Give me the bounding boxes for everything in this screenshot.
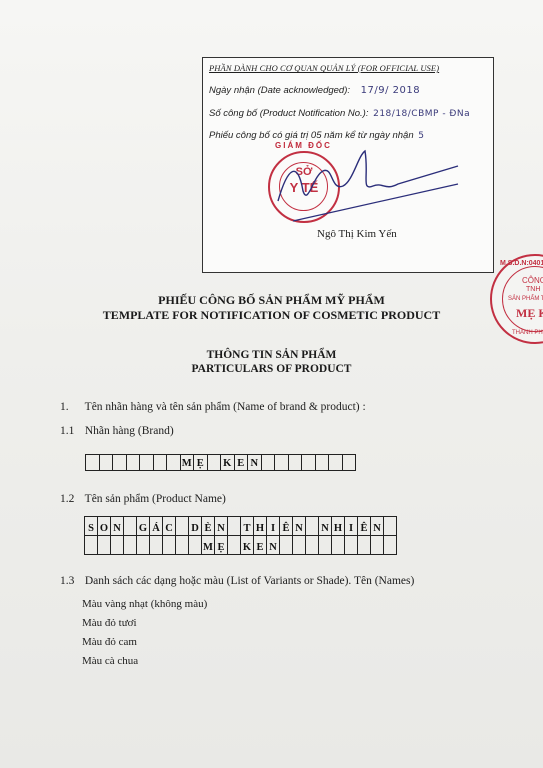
letter-cell: M (202, 536, 215, 555)
variants-number: 1.3 (60, 575, 82, 587)
letter-cell: Á (150, 517, 163, 536)
director-title: GIÁM ĐỐC (275, 141, 332, 150)
letter-cell (98, 536, 111, 555)
letter-cell (208, 455, 222, 471)
official-use-box: PHẦN DÀNH CHO CƠ QUAN QUẢN LÝ (FOR OFFIC… (202, 57, 494, 273)
validity-row: Phiếu công bố có giá trị 05 năm kể từ ng… (209, 130, 424, 141)
letter-cell (228, 517, 241, 536)
date-acknowledged-label: Ngày nhận (Date acknowledged): (209, 85, 350, 96)
stamp-line2: Y TẾ (270, 180, 338, 195)
letter-cell (384, 536, 397, 555)
letter-cell: N (371, 517, 384, 536)
product-name-letter-grid: SONGÁCDÈNTHIÊNNHIÊNMẸKEN (84, 516, 397, 555)
letter-cell (137, 536, 150, 555)
letter-cell: D (189, 517, 202, 536)
letter-cell: E (254, 536, 267, 555)
signer-name: Ngô Thị Kim Yến (317, 228, 397, 240)
date-acknowledged-value: 17/9/ 2018 (361, 85, 420, 96)
letter-cell (384, 517, 397, 536)
variants-label: Danh sách các dạng hoặc màu (List of Var… (85, 575, 414, 587)
letter-cell (329, 455, 343, 471)
variants-heading: 1.3 Danh sách các dạng hoặc màu (List of… (60, 575, 414, 587)
company-stamp-line6: THÀNH PHỐ (512, 330, 543, 336)
letter-cell (316, 455, 330, 471)
letter-cell: N (267, 536, 280, 555)
document-title-vi: PHIẾU CÔNG BỐ SẢN PHẨM MỸ PHẨM (0, 293, 543, 308)
brand-letter-grid: MẸKEN (85, 454, 356, 471)
notification-number-label: Số công bố (Product Notification No.): (209, 108, 368, 119)
letter-cell (124, 517, 137, 536)
variant-item: Màu đỏ tươi (82, 617, 137, 629)
variant-item: Màu cà chua (82, 655, 138, 667)
product-name-heading: 1.2 Tên sản phẩm (Product Name) (60, 493, 226, 505)
letter-cell: K (241, 536, 254, 555)
letter-cell (306, 517, 319, 536)
letter-cell (228, 536, 241, 555)
letter-cell (332, 536, 345, 555)
letter-cell: N (319, 517, 332, 536)
letter-cell (150, 536, 163, 555)
letter-cell (302, 455, 316, 471)
section-title-en: PARTICULARS OF PRODUCT (0, 363, 543, 375)
brand-label: Nhãn hàng (Brand) (85, 425, 174, 437)
letter-cell: T (241, 517, 254, 536)
letter-cell: N (215, 517, 228, 536)
stamp-line1: SỞ (270, 166, 338, 178)
letter-cell: S (85, 517, 98, 536)
health-department-stamp: SỞ Y TẾ (268, 151, 340, 223)
letter-cell (154, 455, 168, 471)
validity-mark: 5 (418, 131, 424, 141)
letter-cell (140, 455, 154, 471)
letter-cell (358, 536, 371, 555)
letter-cell (124, 536, 137, 555)
notification-number-value: 218/18/CBMP - ĐNa (373, 109, 470, 119)
letter-cell (85, 536, 98, 555)
document-title-en: TEMPLATE FOR NOTIFICATION OF COSMETIC PR… (0, 308, 543, 323)
letter-cell: M (181, 455, 195, 471)
variant-item: Màu vàng nhạt (không màu) (82, 598, 207, 610)
brand-number: 1.1 (60, 425, 82, 437)
letter-cell: N (248, 455, 262, 471)
letter-cell (163, 536, 176, 555)
official-use-title: PHẦN DÀNH CHO CƠ QUAN QUẢN LÝ (FOR OFFIC… (209, 63, 439, 73)
validity-text: Phiếu công bố có giá trị 05 năm kể từ ng… (209, 130, 414, 141)
letter-cell (293, 536, 306, 555)
letter-cell: O (98, 517, 111, 536)
product-name-number: 1.2 (60, 493, 82, 505)
product-name-label: Tên sản phẩm (Product Name) (85, 493, 226, 505)
letter-cell (262, 455, 276, 471)
letter-cell: H (332, 517, 345, 536)
letter-cell (86, 455, 100, 471)
letter-cell: Ẹ (215, 536, 228, 555)
letter-cell (289, 455, 303, 471)
letter-cell (319, 536, 332, 555)
letter-cell: I (267, 517, 280, 536)
letter-cell: E (235, 455, 249, 471)
letter-cell (345, 536, 358, 555)
section-1-number: 1. (60, 401, 82, 413)
letter-cell (306, 536, 319, 555)
letter-cell: N (293, 517, 306, 536)
section-1-label: Tên nhãn hàng và tên sản phẩm (Name of b… (85, 401, 366, 413)
section-title-vi: THÔNG TIN SẢN PHẨM (0, 349, 543, 361)
letter-cell (113, 455, 127, 471)
variant-item: Màu đỏ cam (82, 636, 137, 648)
date-acknowledged-row: Ngày nhận (Date acknowledged): 17/9/ 201… (209, 85, 420, 96)
letter-cell: C (163, 517, 176, 536)
brand-heading: 1.1 Nhãn hàng (Brand) (60, 425, 174, 437)
letter-cell: I (345, 517, 358, 536)
notification-number-row: Số công bố (Product Notification No.): 2… (209, 108, 470, 119)
letter-cell (343, 455, 357, 471)
letter-cell: N (111, 517, 124, 536)
company-stamp-line2: CÔNG (522, 276, 543, 285)
company-stamp-line3: TNH (526, 286, 540, 293)
letter-cell (111, 536, 124, 555)
letter-cell (280, 536, 293, 555)
letter-cell (127, 455, 141, 471)
section-1-heading: 1. Tên nhãn hàng và tên sản phẩm (Name o… (60, 401, 366, 413)
letter-cell (176, 517, 189, 536)
letter-cell (189, 536, 202, 555)
letter-cell (371, 536, 384, 555)
company-stamp-line1: M.S.D.N:0401682 (500, 260, 543, 267)
letter-cell: H (254, 517, 267, 536)
letter-cell: Ẹ (194, 455, 208, 471)
letter-cell (275, 455, 289, 471)
letter-cell: K (221, 455, 235, 471)
letter-cell (167, 455, 181, 471)
letter-cell: Ê (358, 517, 371, 536)
letter-cell: Ê (280, 517, 293, 536)
letter-cell: È (202, 517, 215, 536)
letter-cell: G (137, 517, 150, 536)
letter-cell (176, 536, 189, 555)
letter-cell (100, 455, 114, 471)
